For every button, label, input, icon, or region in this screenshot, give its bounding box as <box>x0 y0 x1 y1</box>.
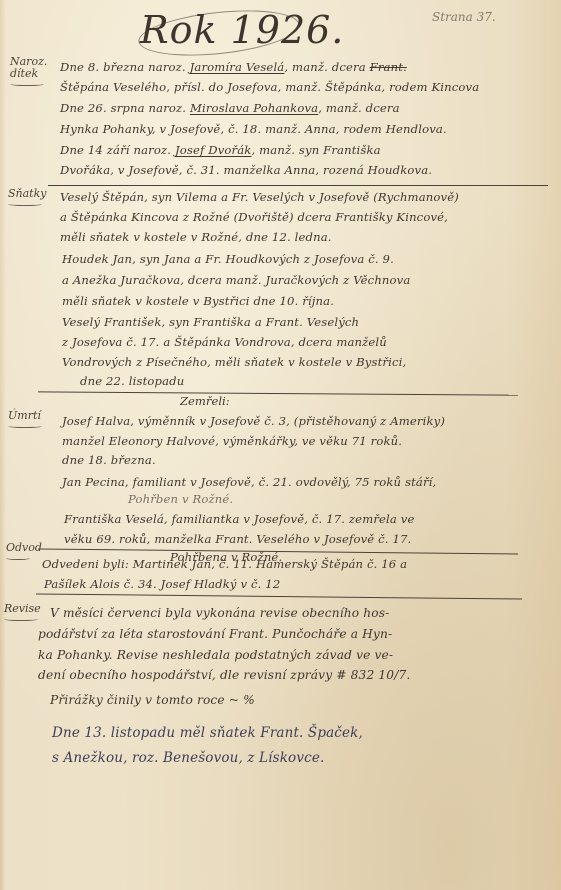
audit-line-3: ka Pohanky. Revise neshledala podstatnýc… <box>38 648 393 662</box>
death-entry-2-line-1: Jan Pecina, familiant v Josefově, č. 21.… <box>62 475 436 489</box>
death-entry-1-line-2: manžel Eleonory Halvové, výměnkářky, ve … <box>62 434 402 448</box>
section-divider <box>38 391 518 396</box>
wedding-entry-1-line-2: a Štěpánka Kincova z Rožné (Dvořiště) dc… <box>60 210 448 224</box>
death-entry-3-line-1: Františka Veselá, familiantka v Josefově… <box>64 512 415 526</box>
wedding-entry-2-line-2: a Anežka Juračkova, dcera manž. Juračkov… <box>62 273 410 287</box>
wavy-underline <box>8 201 42 206</box>
page-number: Strana 37. <box>432 10 496 24</box>
child-name: Josef Dvořák <box>175 143 252 157</box>
margin-label-deaths: Úmrtí <box>8 410 52 428</box>
wedding-entry-3-line-4: dne 22. listopadu <box>80 374 184 388</box>
draft-line-2: Pašílek Alois č. 34. Josef Hladký v č. 1… <box>44 577 280 591</box>
margin-label-births: Naroz. dítek <box>10 56 50 86</box>
section-divider <box>36 593 522 599</box>
deaths-heading: Zemřeli: <box>180 394 230 408</box>
birth-entry-1-line-2: Štěpána Veselého, přísl. do Josefova, ma… <box>60 80 479 94</box>
wavy-underline <box>6 555 30 560</box>
audit-line-5: Přirážky činily v tomto roce ~ % <box>50 693 255 707</box>
wavy-underline <box>10 81 44 86</box>
margin-label-text: Naroz. dítek <box>10 55 47 80</box>
death-entry-1-line-3: dne 18. března. <box>62 453 156 467</box>
addendum-line-1: Dne 13. listopadu měl sňatek Frant. Špač… <box>52 725 363 741</box>
chronicle-page: Rok 1926. Strana 37. Naroz. dítek Dne 8.… <box>0 0 561 890</box>
birth-entry-2-line-2: Hynka Pohanky, v Josefově, č. 18. manž. … <box>60 122 447 136</box>
draft-line-1: Odvedeni byli: Martinek Jan, č. 11. Hame… <box>42 557 407 571</box>
wavy-underline <box>8 423 42 428</box>
text: , manž. syn Františka <box>251 143 380 157</box>
wedding-entry-2-line-1: Houdek Jan, syn Jana a Fr. Houdkových z … <box>62 252 394 266</box>
text: Dne 26. srpna naroz. <box>60 101 190 115</box>
birth-entry-1-line-1: Dne 8. března naroz. Jaromíra Veselá, ma… <box>60 60 407 74</box>
page-title: Rok 1926. <box>140 8 344 52</box>
child-name: Jaromíra Veselá <box>190 60 285 74</box>
margin-label-text: Úmrtí <box>8 409 41 422</box>
wedding-entry-1-line-1: Veselý Štěpán, syn Vilema a Fr. Veselých… <box>60 190 459 204</box>
wedding-entry-3-line-2: z Josefova č. 17. a Štěpánka Vondrova, d… <box>62 335 387 349</box>
death-entry-1-line-1: Josef Halva, výměnník v Josefově č. 3, (… <box>62 414 445 428</box>
audit-line-4: dení obecního hospodářství, dle revisní … <box>38 668 410 682</box>
death-entry-2-line-2: Pohřben v Rožné. <box>128 492 233 506</box>
death-entry-3-line-2: věku 69. roků, manželka Frant. Veselého … <box>64 532 411 546</box>
text: , manž. dcera <box>284 60 369 74</box>
section-divider <box>48 185 548 186</box>
child-name: Miroslava Pohankova <box>190 101 318 115</box>
margin-label-text: Sňatky <box>8 187 46 200</box>
audit-line-2: podářství za léta starostování Frant. Pu… <box>38 627 392 641</box>
wedding-entry-3-line-1: Veselý František, syn Františka a Frant.… <box>62 315 359 329</box>
text: Dne 8. března naroz. <box>60 60 190 74</box>
birth-entry-3-line-1: Dne 14 září naroz. Josef Dvořák, manž. s… <box>60 143 381 157</box>
birth-entry-3-line-2: Dvořáka, v Josefově, č. 31. manželka Ann… <box>60 163 432 177</box>
audit-line-1: V měsíci červenci byla vykonána revise o… <box>50 606 389 620</box>
wavy-underline <box>4 616 38 621</box>
margin-label-audit: Revise <box>4 603 44 621</box>
struck-text: Frant. <box>370 60 407 74</box>
wedding-entry-1-line-3: měli sňatek v kostele v Rožné, dne 12. l… <box>60 230 332 244</box>
wedding-entry-3-line-3: Vondrových z Písečného, měli sňatek v ko… <box>62 355 406 369</box>
margin-label-draft: Odvod <box>6 542 40 560</box>
text: , manž. dcera <box>318 101 399 115</box>
margin-label-text: Odvod <box>6 541 42 554</box>
wedding-entry-2-line-3: měli sňatek v kostele v Bystřici dne 10.… <box>62 294 334 308</box>
margin-label-text: Revise <box>4 602 41 615</box>
text: Dne 14 září naroz. <box>60 143 175 157</box>
birth-entry-2-line-1: Dne 26. srpna naroz. Miroslava Pohankova… <box>60 101 400 115</box>
addendum-line-2: s Anežkou, roz. Benešovou, z Lískovce. <box>52 750 324 766</box>
margin-label-weddings: Sňatky <box>8 188 52 206</box>
